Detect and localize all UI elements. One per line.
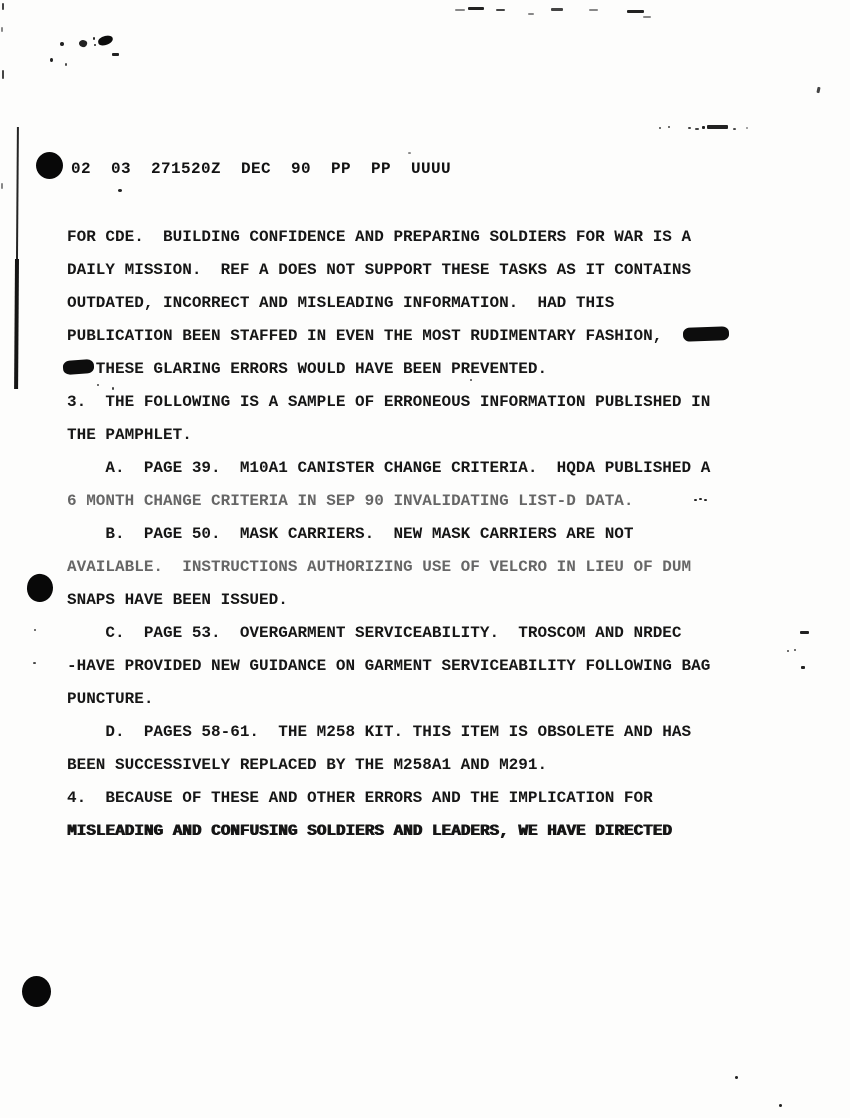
typed-text-line: C. PAGE 53. OVERGARMENT SERVICEABILITY. … (67, 617, 787, 650)
scan-noise-dot (97, 384, 99, 386)
scan-noise-dot (93, 37, 95, 40)
scan-noise-dot (94, 44, 96, 46)
scan-noise-tick (2, 3, 4, 10)
scan-noise-dot (118, 189, 122, 192)
scan-noise-dash (695, 128, 699, 130)
scan-noise-dash (468, 7, 484, 10)
scan-noise-dot (735, 1076, 738, 1079)
scan-noise-dot (787, 650, 789, 652)
scan-noise-tick (2, 70, 4, 79)
typed-text-line: AVAILABLE. INSTRUCTIONS AUTHORIZING USE … (67, 551, 787, 584)
scan-noise-dot (50, 58, 53, 62)
scan-noise-dash (112, 53, 119, 56)
redaction-mark (683, 326, 729, 342)
scan-noise-dot (668, 126, 670, 128)
scan-noise-tick (1, 27, 3, 32)
scan-noise-dash (455, 9, 465, 11)
scan-noise-dot (659, 127, 661, 129)
margin-line-upper-segment (16, 127, 19, 263)
scan-noise-dash (800, 631, 809, 634)
scan-noise-tick (1, 183, 3, 189)
hole-punch-mark (22, 976, 51, 1007)
scan-noise-dot (33, 662, 36, 664)
typed-text-line: THE PAMPHLET. (67, 419, 787, 452)
scan-noise-dot (801, 666, 805, 669)
scan-noise-blob (78, 39, 88, 48)
scan-noise-dash (551, 8, 563, 11)
scan-noise-dot (699, 498, 702, 500)
scan-noise-dash (496, 9, 505, 11)
left-margin-scan-line (12, 127, 22, 389)
scan-noise-dot (794, 649, 796, 651)
typed-text-line: MISLEADING AND CONFUSING SOLDIERS AND LE… (67, 815, 787, 848)
scanned-document-page: 02 03 271520Z DEC 90 PP PP UUUU FOR CDE.… (0, 0, 850, 1118)
scan-noise-dot (408, 152, 411, 154)
scan-noise-dash (627, 10, 644, 13)
typed-text-line: OUTDATED, INCORRECT AND MISLEADING INFOR… (67, 287, 787, 320)
hole-punch-mark (36, 152, 63, 179)
scan-noise-dot (34, 629, 36, 631)
scan-noise-dot (779, 1104, 782, 1107)
scan-noise-dot (65, 63, 67, 66)
margin-line-lower-segment (14, 259, 19, 389)
typed-text-line: BEEN SUCCESSIVELY REPLACED BY THE M258A1… (67, 749, 787, 782)
scan-noise-blob (97, 35, 114, 47)
typed-text-line: FOR CDE. BUILDING CONFIDENCE AND PREPARI… (67, 221, 787, 254)
typed-text-line: 4. BECAUSE OF THESE AND OTHER ERRORS AND… (67, 782, 787, 815)
scan-noise-dot (112, 387, 114, 390)
scan-noise-dot (746, 127, 748, 129)
scan-noise-dot (60, 42, 64, 46)
scan-noise-dash (707, 125, 728, 129)
document-body: FOR CDE. BUILDING CONFIDENCE AND PREPARI… (67, 221, 787, 848)
scan-noise-dot (470, 379, 472, 381)
typed-text-line: PUBLICATION BEEN STAFFED IN EVEN THE MOS… (67, 320, 787, 353)
typed-text-line: DAILY MISSION. REF A DOES NOT SUPPORT TH… (67, 254, 787, 287)
typed-text-line: PUNCTURE. (67, 683, 787, 716)
typed-text-line: THESE GLARING ERRORS WOULD HAVE BEEN PRE… (67, 353, 787, 386)
scan-noise-tick (816, 87, 820, 93)
scan-noise-dash (528, 13, 534, 15)
typed-text-line: 6 MONTH CHANGE CRITERIA IN SEP 90 INVALI… (67, 485, 787, 518)
typed-text-line: 3. THE FOLLOWING IS A SAMPLE OF ERRONEOU… (67, 386, 787, 419)
scan-noise-dot (733, 128, 736, 130)
typed-text-line: B. PAGE 50. MASK CARRIERS. NEW MASK CARR… (67, 518, 787, 551)
scan-noise-dash (643, 16, 651, 18)
typed-text-line: -HAVE PROVIDED NEW GUIDANCE ON GARMENT S… (67, 650, 787, 683)
typed-text-line: A. PAGE 39. M10A1 CANISTER CHANGE CRITER… (67, 452, 787, 485)
redaction-mark (63, 359, 95, 375)
scan-noise-dot (702, 126, 705, 129)
scan-noise-dot (704, 499, 707, 501)
typed-text-line: SNAPS HAVE BEEN ISSUED. (67, 584, 787, 617)
message-header-line: 02 03 271520Z DEC 90 PP PP UUUU (71, 160, 451, 178)
hole-punch-mark (25, 572, 55, 603)
scan-noise-dash (688, 127, 691, 129)
typed-text-line: D. PAGES 58-61. THE M258 KIT. THIS ITEM … (67, 716, 787, 749)
scan-noise-dash (589, 9, 598, 11)
scan-noise-dot (694, 499, 697, 501)
